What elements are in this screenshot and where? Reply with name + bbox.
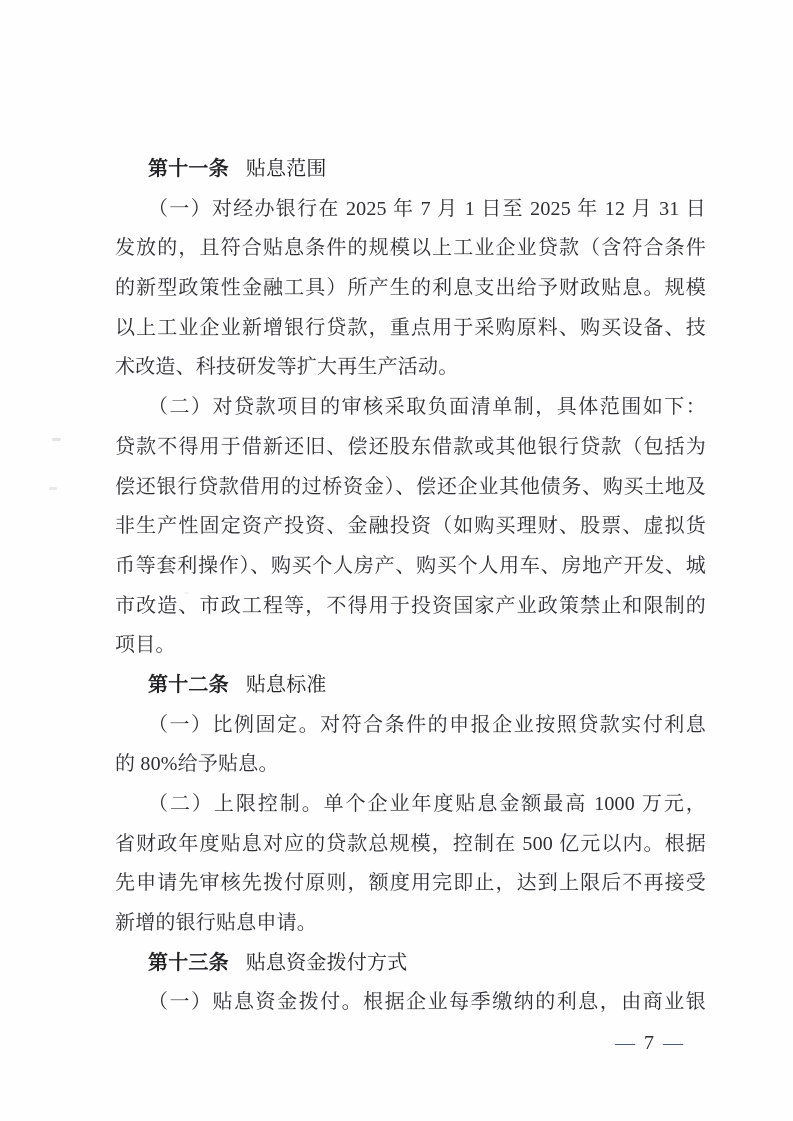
body-line: （一）贴息资金拨付。根据企业每季缴纳的利息，由商业银 [115,983,706,1023]
body-line: （一）比例固定。对符合条件的申报企业按照贷款实付利息 [115,706,706,746]
article-number: 第十一条 [148,158,229,180]
body-line: （二）对贷款项目的审核采取负面清单制，具体范围如下： [115,388,706,428]
scan-smudge [52,438,61,441]
body-line: 币等套利操作）、购买个人房产、购买个人用车、房地产开发、城 [115,547,706,587]
body-line: 市改造、市政工程等，不得用于投资国家产业政策禁止和限制的 [115,587,706,627]
body-line: 偿还银行贷款借用的过桥资金）、偿还企业其他债务、购买土地及 [115,468,706,508]
body-line: 的新型政策性金融工具）所产生的利息支出给予财政贴息。规模 [115,269,706,309]
body-line: 以上工业企业新增银行贷款，重点用于采购原料、购买设备、技 [115,309,706,349]
body-line: 项目。 [115,626,706,666]
body-line: 的 80%给予贴息。 [115,745,706,785]
body-line: （二）上限控制。单个企业年度贴息金额最高 1000 万元， [115,785,706,825]
article-number: 第十三条 [148,952,229,974]
body-line: 术改造、科技研发等扩大再生产活动。 [115,348,706,388]
article-heading: 第十一条贴息范围 [115,150,706,190]
article-title: 贴息范围 [246,158,327,180]
body-line: 新增的银行贴息申请。 [115,904,706,944]
body-line: 省财政年度贴息对应的贷款总规模，控制在 500 亿元以内。根据 [115,825,706,865]
article-title: 贴息资金拨付方式 [246,952,408,974]
body-line: 贷款不得用于借新还旧、偿还股东借款或其他银行贷款（包括为 [115,428,706,468]
text-column: 第十一条贴息范围 （一）对经办银行在 2025 年 7 月 1 日至 2025 … [115,150,706,1023]
body-line: 非生产性固定资产投资、金融投资（如购买理财、股票、虚拟货 [115,507,706,547]
page-number-dash: — [663,1032,683,1054]
article-title: 贴息标准 [246,674,327,696]
page-number-value: 7 [644,1032,654,1054]
scan-smudge [49,487,57,490]
article-heading: 第十三条贴息资金拨付方式 [115,944,706,984]
page-number: —7— [615,1031,683,1055]
body-line: 先申请先审核先拨付原则，额度用完即止，达到上限后不再接受 [115,864,706,904]
body-line: （一）对经办银行在 2025 年 7 月 1 日至 2025 年 12 月 31… [115,190,706,230]
article-heading: 第十二条贴息标准 [115,666,706,706]
article-number: 第十二条 [148,674,229,696]
body-line: 发放的，且符合贴息条件的规模以上工业企业贷款（含符合条件 [115,229,706,269]
page-number-dash: — [615,1032,635,1054]
document-page: 第十一条贴息范围 （一）对经办银行在 2025 年 7 月 1 日至 2025 … [0,0,793,1121]
